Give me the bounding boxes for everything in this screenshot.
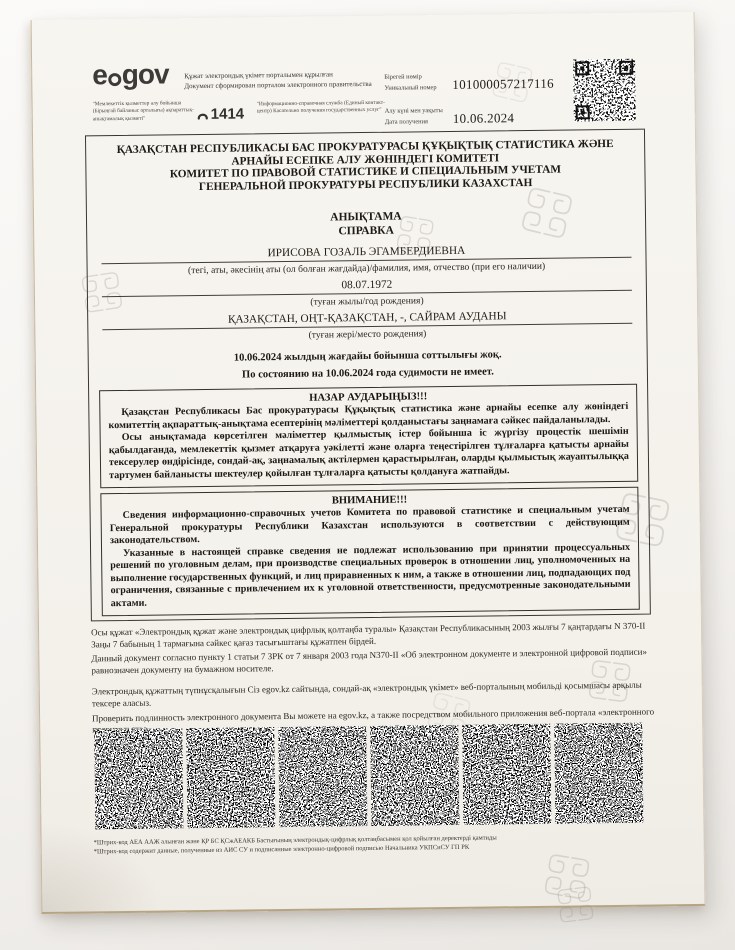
receive-date-value: 10.06.2024 bbox=[453, 110, 515, 127]
barcode-block bbox=[370, 725, 459, 826]
receive-date-label-kz: Алу күні мен уақыты bbox=[385, 105, 443, 117]
unique-number-label-ru: Уникальный номер bbox=[384, 82, 436, 94]
paper-corner-shadow bbox=[41, 821, 162, 912]
scanned-document-page: egov Құжат электрондық үкімет порталымен… bbox=[31, 12, 706, 914]
legal-paragraph-kz: Осы құжат «Электрондық құжат және электр… bbox=[91, 621, 653, 651]
contact-note-ru: "Информационно-справочная служба (Единый… bbox=[257, 100, 399, 117]
egov-logo-gov: gov bbox=[122, 58, 169, 90]
call-center-phone: 1414 bbox=[197, 105, 245, 123]
legal-paragraph-ru: Данный документ согласно пункту 1 статьи… bbox=[91, 647, 653, 677]
barcode-block bbox=[554, 723, 643, 824]
attention-paragraph: Указанные в настоящей справке сведения н… bbox=[110, 542, 631, 611]
barcode-strip bbox=[94, 723, 643, 830]
barcode-footnotes: *Штрих-код АЕА ААЖ алынған және ҚР БС ҚС… bbox=[94, 832, 660, 857]
egov-logo-e: e bbox=[92, 59, 107, 90]
barcode-block bbox=[186, 727, 275, 828]
unique-number-label-kz: Бірегей нөмір bbox=[384, 71, 436, 83]
unique-number-label: Бірегей нөмір Уникальный номер bbox=[384, 71, 436, 94]
certificate-body: ҚАЗАҚСТАН РЕСПУБЛИКАСЫ БАС ПРОКУРАТУРАСЫ… bbox=[85, 129, 651, 622]
legal-notes: Осы құжат «Электрондық құжат және электр… bbox=[91, 621, 654, 737]
barcode-block bbox=[278, 726, 367, 827]
qr-code bbox=[573, 59, 636, 122]
barcode-block bbox=[94, 728, 183, 829]
attention-paragraph: Сведения информационно-справочных учетов… bbox=[110, 504, 630, 548]
portal-note: Құжат электрондық үкімет порталымен құры… bbox=[184, 69, 372, 91]
attention-paragraph: Осы анықтамада көрсетілген мәліметтер қы… bbox=[109, 426, 630, 482]
unique-number-value: 101000057217116 bbox=[452, 76, 554, 93]
egov-logo: egov bbox=[92, 60, 169, 89]
attention-box-kz: НАЗАР АУДАРЫҢЫЗ!!! Қазақстан Республикас… bbox=[99, 384, 638, 489]
no-conviction-statement-ru: По состоянию на 10.06.2024 года судимост… bbox=[99, 364, 637, 384]
receive-date-label-ru: Дата получения bbox=[385, 116, 443, 128]
portal-note-ru: Документ сформирован порталом электронно… bbox=[184, 79, 371, 91]
kazakh-ornament-watermark bbox=[554, 883, 596, 925]
contact-note-kz: "Мемлекеттік қызметтер алу бойынша (Біры… bbox=[93, 100, 205, 124]
egov-logo-ring-icon bbox=[108, 73, 121, 86]
attention-box-ru: ВНИМАНИЕ!!! Сведения информационно-справ… bbox=[100, 487, 639, 617]
receive-date-label: Алу күні мен уақыты Дата получения bbox=[385, 105, 443, 128]
legal-paragraph-kz: Электрондық құжаттың түпнұсқалығын Сіз e… bbox=[92, 680, 654, 710]
no-conviction-statement-kz: 10.06.2024 жылдың жағдайы бойынша соттыл… bbox=[99, 347, 637, 367]
phone-number: 1414 bbox=[211, 105, 245, 122]
phone-handset-icon bbox=[197, 108, 209, 120]
barcode-block bbox=[462, 724, 551, 825]
